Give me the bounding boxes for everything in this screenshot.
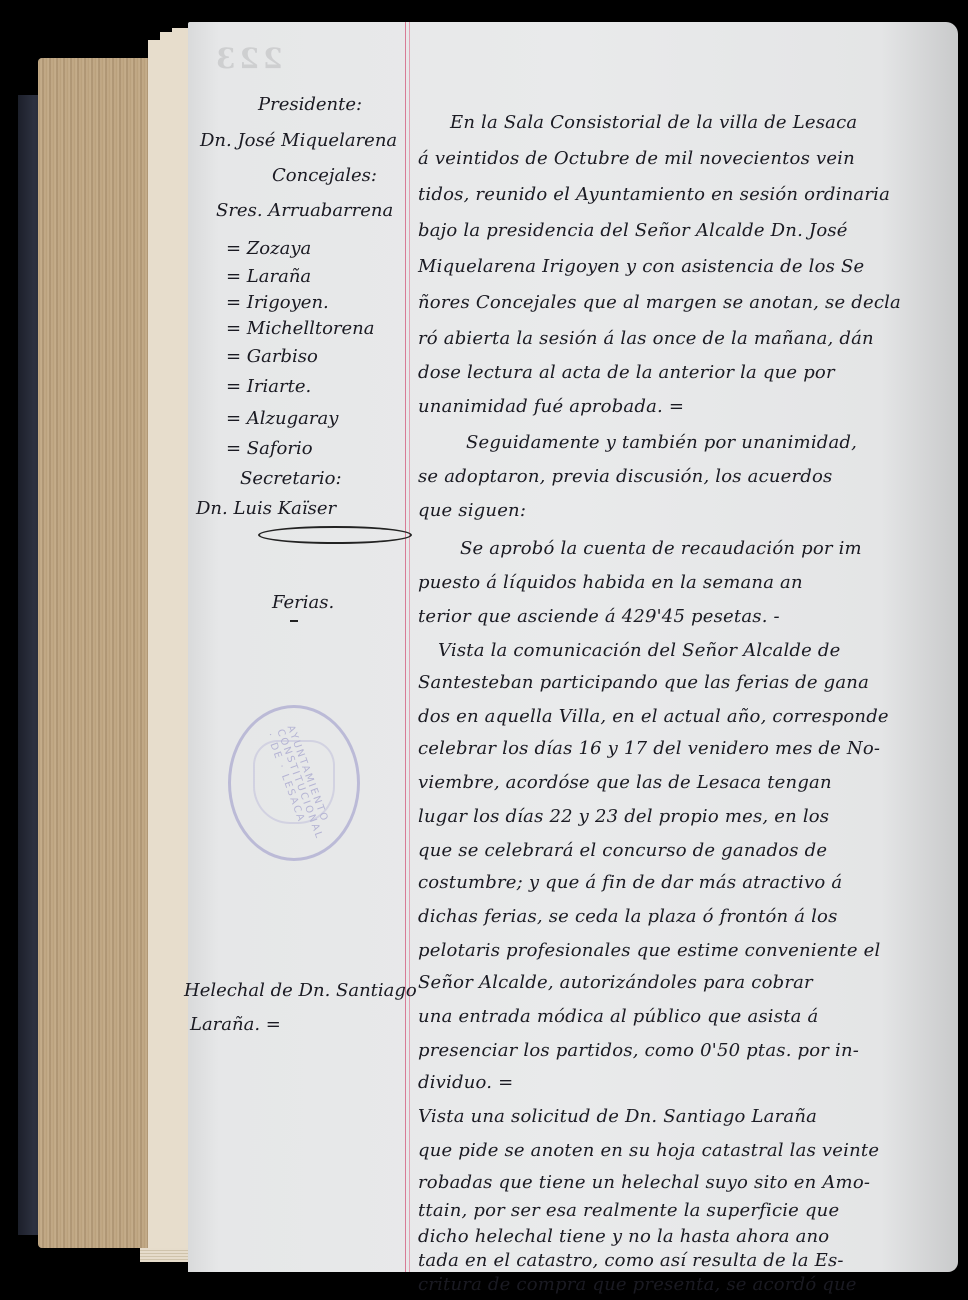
body-line: En la Sala Consistorial de la villa de L…: [450, 112, 857, 133]
red-margin-line: [405, 22, 410, 1272]
page-number: 223: [212, 42, 282, 75]
body-line: critura de compra que presenta, se acord…: [418, 1274, 857, 1295]
concejal-5: = Michelltorena: [226, 318, 374, 339]
body-line: una entrada módica al público que asista…: [418, 1006, 818, 1027]
body-line: que pide se anoten en su hoja catastral …: [418, 1140, 879, 1161]
body-line: Seguidamente y también por unanimidad,: [466, 432, 857, 453]
body-line: dos en aquella Villa, en el actual año, …: [418, 706, 889, 727]
concejal-9: = Saforio: [226, 438, 313, 459]
section-ferias: Ferias.: [272, 592, 334, 613]
concejal-7: = Iriarte.: [226, 376, 311, 397]
body-line: presenciar los partidos, como 0'50 ptas.…: [418, 1040, 859, 1061]
body-line: que se celebrará el concurso de ganados …: [418, 840, 827, 861]
body-line: tidos, reunido el Ayuntamiento en sesión…: [418, 184, 890, 205]
body-line: Vista una solicitud de Dn. Santiago Lara…: [418, 1106, 817, 1127]
presidente-label: Presidente:: [258, 94, 362, 115]
official-stamp: AYUNTAMIENTO CONSTITUCIONAL · DE · LESAC…: [228, 705, 360, 861]
concejales-label: Concejales:: [272, 165, 377, 186]
body-line: á veintidos de Octubre de mil noveciento…: [418, 148, 855, 169]
body-line: ñores Concejales que al margen se anotan…: [418, 292, 901, 313]
body-line: dichas ferias, se ceda la plaza ó frontó…: [418, 906, 838, 927]
body-line: dicho helechal tiene y no la hasta ahora…: [418, 1226, 829, 1247]
body-line: dividuo. =: [418, 1072, 513, 1093]
presidente-name: Dn. José Miquelarena: [200, 130, 397, 151]
body-line: puesto á líquidos habida en la semana an: [418, 572, 803, 593]
body-line: unanimidad fué aprobada. =: [418, 396, 684, 417]
body-line: dose lectura al acta de la anterior la q…: [418, 362, 835, 383]
section-helechal-2: Laraña. =: [190, 1014, 281, 1035]
concejal-4: = Irigoyen.: [226, 292, 329, 313]
body-line: ttain, por ser esa realmente la superfic…: [418, 1200, 839, 1221]
body-line: Vista la comunicación del Señor Alcalde …: [438, 640, 841, 661]
body-line: se adoptaron, previa discusión, los acue…: [418, 466, 833, 487]
body-line: Santesteban participando que las ferias …: [418, 672, 869, 693]
body-line: bajo la presidencia del Señor Alcalde Dn…: [418, 220, 848, 241]
body-line: Se aprobó la cuenta de recaudación por i…: [460, 538, 862, 559]
page-edge-step-3: [172, 28, 189, 1260]
body-line: lugar los días 22 y 23 del propio mes, e…: [418, 806, 829, 827]
body-line: Señor Alcalde, autorizándoles para cobra…: [418, 972, 813, 993]
concejal-2: = Zozaya: [226, 238, 311, 259]
concejal-3: = Laraña: [226, 266, 311, 287]
concejal-6: = Garbiso: [226, 346, 318, 367]
body-line: que siguen:: [418, 500, 526, 521]
concejal-1: Sres. Arruabarrena: [216, 200, 393, 221]
secretario-label: Secretario:: [240, 468, 342, 489]
body-line: celebrar los días 16 y 17 del venidero m…: [418, 738, 880, 759]
section-helechal: Helechal de Dn. Santiago: [184, 980, 417, 1001]
concejal-8: = Alzugaray: [226, 408, 338, 429]
body-line: Miquelarena Irigoyen y con asistencia de…: [418, 256, 864, 277]
body-line: pelotaris profesionales que estime conve…: [418, 940, 880, 961]
body-line: tada en el catastro, como así resulta de…: [418, 1250, 844, 1271]
section-ferias-underline: [290, 620, 298, 622]
body-line: costumbre; y que á fin de dar más atract…: [418, 872, 842, 893]
secretario-name: Dn. Luis Kaïser: [196, 498, 336, 519]
body-line: viembre, acordóse que las de Lesaca teng…: [418, 772, 832, 793]
body-line: robadas que tiene un helechal suyo sito …: [418, 1172, 870, 1193]
body-line: terior que asciende á 429'45 pesetas. -: [418, 606, 780, 627]
body-line: ró abierta la sesión á las once de la ma…: [418, 328, 874, 349]
signature-flourish: [258, 526, 412, 544]
